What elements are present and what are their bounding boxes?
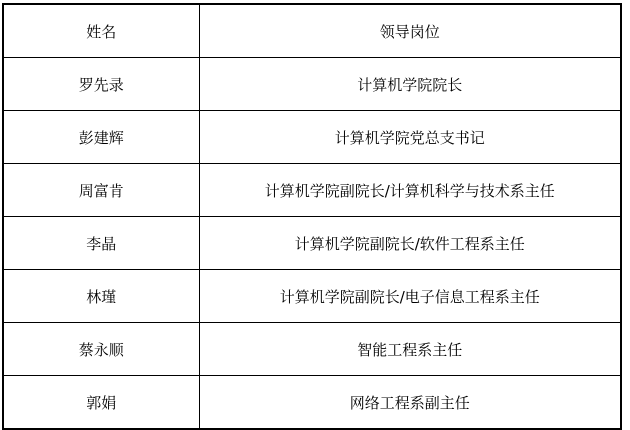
table-row: 李晶 计算机学院副院长/软件工程系主任 <box>3 217 621 270</box>
position-cell: 计算机学院党总支书记 <box>199 111 621 164</box>
name-cell: 李晶 <box>3 217 199 270</box>
position-cell: 计算机学院副院长/软件工程系主任 <box>199 217 621 270</box>
table-row: 蔡永顺 智能工程系主任 <box>3 323 621 376</box>
name-cell: 罗先录 <box>3 58 199 111</box>
leadership-table: 姓名 领导岗位 罗先录 计算机学院院长 彭建辉 计算机学院党总支书记 周富肯 计… <box>2 3 622 430</box>
position-cell: 网络工程系副主任 <box>199 376 621 430</box>
position-cell: 计算机学院副院长/电子信息工程系主任 <box>199 270 621 323</box>
table-row: 郭娟 网络工程系副主任 <box>3 376 621 430</box>
table-row: 林瑾 计算机学院副院长/电子信息工程系主任 <box>3 270 621 323</box>
name-cell: 周富肯 <box>3 164 199 217</box>
table-header-row: 姓名 领导岗位 <box>3 4 621 58</box>
name-cell: 林瑾 <box>3 270 199 323</box>
name-cell: 郭娟 <box>3 376 199 430</box>
table-row: 罗先录 计算机学院院长 <box>3 58 621 111</box>
position-cell: 计算机学院院长 <box>199 58 621 111</box>
table-row: 周富肯 计算机学院副院长/计算机科学与技术系主任 <box>3 164 621 217</box>
name-cell: 彭建辉 <box>3 111 199 164</box>
position-cell: 计算机学院副院长/计算机科学与技术系主任 <box>199 164 621 217</box>
table-row: 彭建辉 计算机学院党总支书记 <box>3 111 621 164</box>
position-cell: 智能工程系主任 <box>199 323 621 376</box>
header-position: 领导岗位 <box>199 4 621 58</box>
name-cell: 蔡永顺 <box>3 323 199 376</box>
header-name: 姓名 <box>3 4 199 58</box>
